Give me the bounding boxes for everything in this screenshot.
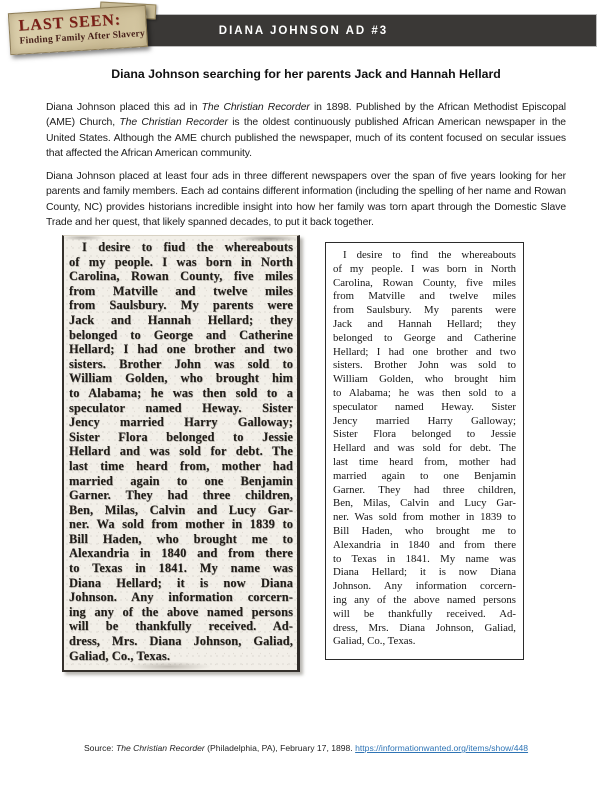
text-line: Bill Haden, who brought me to [69, 532, 293, 547]
text-line: of my people. I was born in North [69, 255, 293, 270]
text-line: to Alabama; he was then sold to a [69, 386, 293, 401]
source-citation: Source: The Christian Recorder (Philadel… [0, 743, 612, 753]
text-line: speculator named Heway. Sister [333, 401, 516, 415]
transcription-text: I desire to find the whereaboutsof my pe… [333, 249, 516, 649]
text-line: Johnson. Any information corcern- [333, 580, 516, 594]
text-line: Hellard and was sold for debt. The [69, 444, 293, 459]
source-link[interactable]: https://informationwanted.org/items/show… [355, 743, 528, 753]
text-line: to Alabama; he was then sold to a [333, 387, 516, 401]
text-line: to Texas in 1841. My name was [69, 561, 293, 576]
italic-text-segment: The Christian Recorder [119, 117, 227, 128]
text-line: Hellard and was sold for debt. The [333, 442, 516, 456]
last-seen-logo: LAST SEEN: Finding Family After Slavery [8, 1, 160, 59]
text-line: of my people. I was born in North [333, 263, 516, 277]
text-line: Jency married Harry Galloway; [333, 415, 516, 429]
text-line: from Saulsbury. My parents were [69, 298, 293, 313]
text-line: Carolina, Rowan County, five miles [333, 277, 516, 291]
text-line: Garner. They had three children, [333, 484, 516, 498]
intro-paragraph-2: Diana Johnson placed at least four ads i… [46, 169, 566, 230]
text-line: William Golden, who brought him [69, 371, 293, 386]
text-line: married again to one Benjamin [69, 474, 293, 489]
newspaper-clipping-scan: I desire to fiud the whereaboutsof my pe… [62, 235, 300, 672]
text-line: ner. Was sold from mother in 1839 to [333, 511, 516, 525]
text-line: Alexandria in 1840 and from there [69, 546, 293, 561]
text-segment: Diana Johnson placed at least four ads i… [46, 171, 566, 228]
text-line: Jack and Hannah Hellard; they [333, 318, 516, 332]
text-line: belonged to George and Catherine [69, 328, 293, 343]
text-line: Galiad, Co., Texas. [333, 635, 516, 649]
text-line: Johnson. Any information corcern- [69, 590, 293, 605]
text-line: will be thankfully received. Ad- [333, 608, 516, 622]
text-line: from Saulsbury. My parents were [333, 304, 516, 318]
text-line: speculator named Heway. Sister [69, 401, 293, 416]
text-line: I desire to find the whereabouts [333, 249, 516, 263]
text-line: Alexandria in 1840 and from there [333, 539, 516, 553]
text-line: Ben, Milas, Calvin and Lucy Gar- [333, 497, 516, 511]
text-line: from Matville and twelve miles [69, 284, 293, 299]
text-line: dress, Mrs. Diana Johnson, Galiad, [333, 622, 516, 636]
text-line: Jency married Harry Galloway; [69, 415, 293, 430]
text-line: Diana Hellard; it is now Diana [333, 566, 516, 580]
clipping-text: I desire to fiud the whereaboutsof my pe… [69, 240, 293, 663]
text-line: last time heard from, mother had [333, 456, 516, 470]
text-line: sisters. Brother John was sold to [69, 357, 293, 372]
intro-paragraph-1: Diana Johnson placed this ad in The Chri… [46, 100, 566, 161]
document-page: DIANA JOHNSON AD #3 LAST SEEN: Finding F… [0, 0, 612, 792]
text-line: I desire to fiud the whereabouts [69, 240, 293, 255]
text-line: Sister Flora belonged to Jessie [69, 430, 293, 445]
text-line: Garner. They had three children, [69, 488, 293, 503]
text-line: will be thankfully received. Ad- [69, 619, 293, 634]
text-line: Carolina, Rowan County, five miles [69, 269, 293, 284]
text-line: Hellard; I had one brother and two [69, 342, 293, 357]
text-line: William Golden, who brought him [333, 373, 516, 387]
text-line: Bill Haden, who brought me to [333, 525, 516, 539]
text-segment: (Philadelphia, PA), February 17, 1898. [205, 743, 355, 753]
text-line: Diana Hellard; it is now Diana [69, 576, 293, 591]
text-line: Jack and Hannah Hellard; they [69, 313, 293, 328]
header-title: DIANA JOHNSON AD #3 [219, 25, 388, 37]
page-title: Diana Johnson searching for her parents … [0, 67, 612, 81]
text-line: ner. Wa sold from mother in 1839 to [69, 517, 293, 532]
text-line: from Matville and twelve miles [333, 290, 516, 304]
text-line: belonged to George and Catherine [333, 332, 516, 346]
text-line: married again to one Benjamin [333, 470, 516, 484]
text-line: to Texas in 1841. My name was [333, 553, 516, 567]
text-line: ing any of the above named persons [333, 594, 516, 608]
text-line: ing any of the above named persons [69, 605, 293, 620]
text-line: Hellard; I had one brother and two [333, 346, 516, 360]
text-line: dress, Mrs. Diana Johnson, Galiad, [69, 634, 293, 649]
transcription-box: I desire to find the whereaboutsof my pe… [325, 242, 524, 660]
italic-text-segment: The Christian Recorder [202, 102, 310, 113]
text-segment: Diana Johnson placed this ad in [46, 102, 202, 113]
text-line: Galiad, Co., Texas. [69, 649, 293, 664]
text-line: last time heard from, mother had [69, 459, 293, 474]
italic-text-segment: The Christian Recorder [116, 743, 205, 753]
text-line: sisters. Brother John was sold to [333, 359, 516, 373]
text-line: Sister Flora belonged to Jessie [333, 428, 516, 442]
text-segment: Source: [84, 743, 116, 753]
text-line: Ben, Milas, Calvin and Lucy Gar- [69, 503, 293, 518]
logo-paper-tag: LAST SEEN: Finding Family After Slavery [8, 5, 148, 55]
